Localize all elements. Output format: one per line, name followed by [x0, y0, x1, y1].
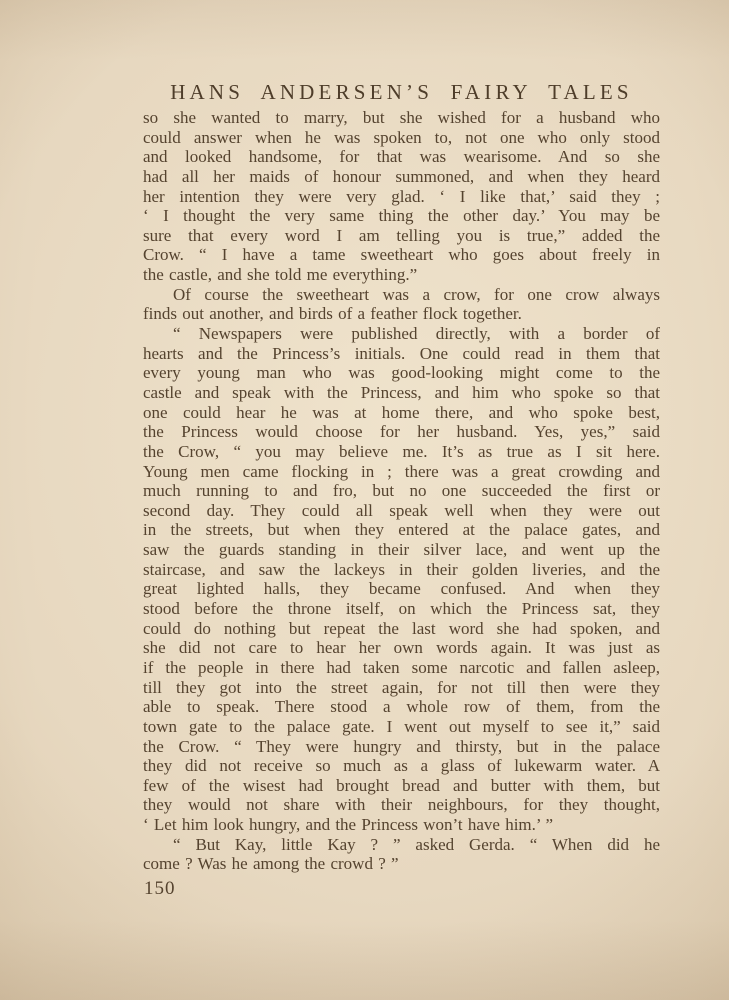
text-line: great lighted halls, they became confuse…: [143, 579, 660, 599]
text-line: till they got into the street again, for…: [143, 678, 660, 698]
book-page: HANS ANDERSEN’S FAIRY TALES so she wante…: [0, 0, 729, 1000]
text-line: few of the wisest had brought bread and …: [143, 776, 660, 796]
text-line: hearts and the Princess’s initials. One …: [143, 344, 660, 364]
text-line: “ But Kay, little Kay ? ” asked Gerda. “…: [143, 835, 660, 855]
text-line: ‘ Let him look hungry, and the Princess …: [143, 815, 660, 835]
paragraph-4: “ But Kay, little Kay ? ” asked Gerda. “…: [143, 835, 660, 874]
text-line: saw the guards standing in their silver …: [143, 540, 660, 560]
text-line: the Princess would choose for her husban…: [143, 422, 660, 442]
page-number: 150: [144, 878, 176, 900]
text-line: able to speak. There stood a whole row o…: [143, 697, 660, 717]
text-line: staircase, and saw the lackeys in their …: [143, 560, 660, 580]
text-line: Of course the sweetheart was a crow, for…: [143, 285, 660, 305]
text-line: if the people in there had taken some na…: [143, 658, 660, 678]
text-line: the Crow. “ They were hungry and thirsty…: [143, 737, 660, 757]
text-line: she did not care to hear her own words a…: [143, 638, 660, 658]
text-line: so she wanted to marry, but she wished f…: [143, 108, 660, 128]
text-line: Young men came flocking in ; there was a…: [143, 462, 660, 482]
text-line: her intention they were very glad. ‘ I l…: [143, 187, 660, 207]
text-line: one could hear he was at home there, and…: [143, 403, 660, 423]
text-line: castle and speak with the Princess, and …: [143, 383, 660, 403]
text-line: could do nothing but repeat the last wor…: [143, 619, 660, 639]
text-line: had all her maids of honour summoned, an…: [143, 167, 660, 187]
paragraph-1: so she wanted to marry, but she wished f…: [143, 108, 660, 285]
text-line: the Crow, “ you may believe me. It’s as …: [143, 442, 660, 462]
text-line: every young man who was good-looking mig…: [143, 363, 660, 383]
text-line: they did not receive so much as a glass …: [143, 756, 660, 776]
text-line: “ Newspapers were published directly, wi…: [143, 324, 660, 344]
text-line: second day. They could all speak well wh…: [143, 501, 660, 521]
paragraph-3: “ Newspapers were published directly, wi…: [143, 324, 660, 835]
text-line: they would not share with their neighbou…: [143, 795, 660, 815]
text-line: ‘ I thought the very same thing the othe…: [143, 206, 660, 226]
text-line: in the streets, but when they entered at…: [143, 520, 660, 540]
text-line: sure that every word I am telling you is…: [143, 226, 660, 246]
text-line: much running to and fro, but no one succ…: [143, 481, 660, 501]
text-line: come ? Was he among the crowd ? ”: [143, 854, 660, 874]
running-head: HANS ANDERSEN’S FAIRY TALES: [143, 80, 660, 105]
text-line: Crow. “ I have a tame sweetheart who goe…: [143, 245, 660, 265]
text-line: town gate to the palace gate. I went out…: [143, 717, 660, 737]
text-line: and looked handsome, for that was wearis…: [143, 147, 660, 167]
text-line: finds out another, and birds of a feathe…: [143, 304, 660, 324]
paragraph-2: Of course the sweetheart was a crow, for…: [143, 285, 660, 324]
text-line: could answer when he was spoken to, not …: [143, 128, 660, 148]
body-text: so she wanted to marry, but she wished f…: [143, 108, 660, 874]
text-line: the castle, and she told me everything.”: [143, 265, 660, 285]
text-line: stood before the throne itself, on which…: [143, 599, 660, 619]
